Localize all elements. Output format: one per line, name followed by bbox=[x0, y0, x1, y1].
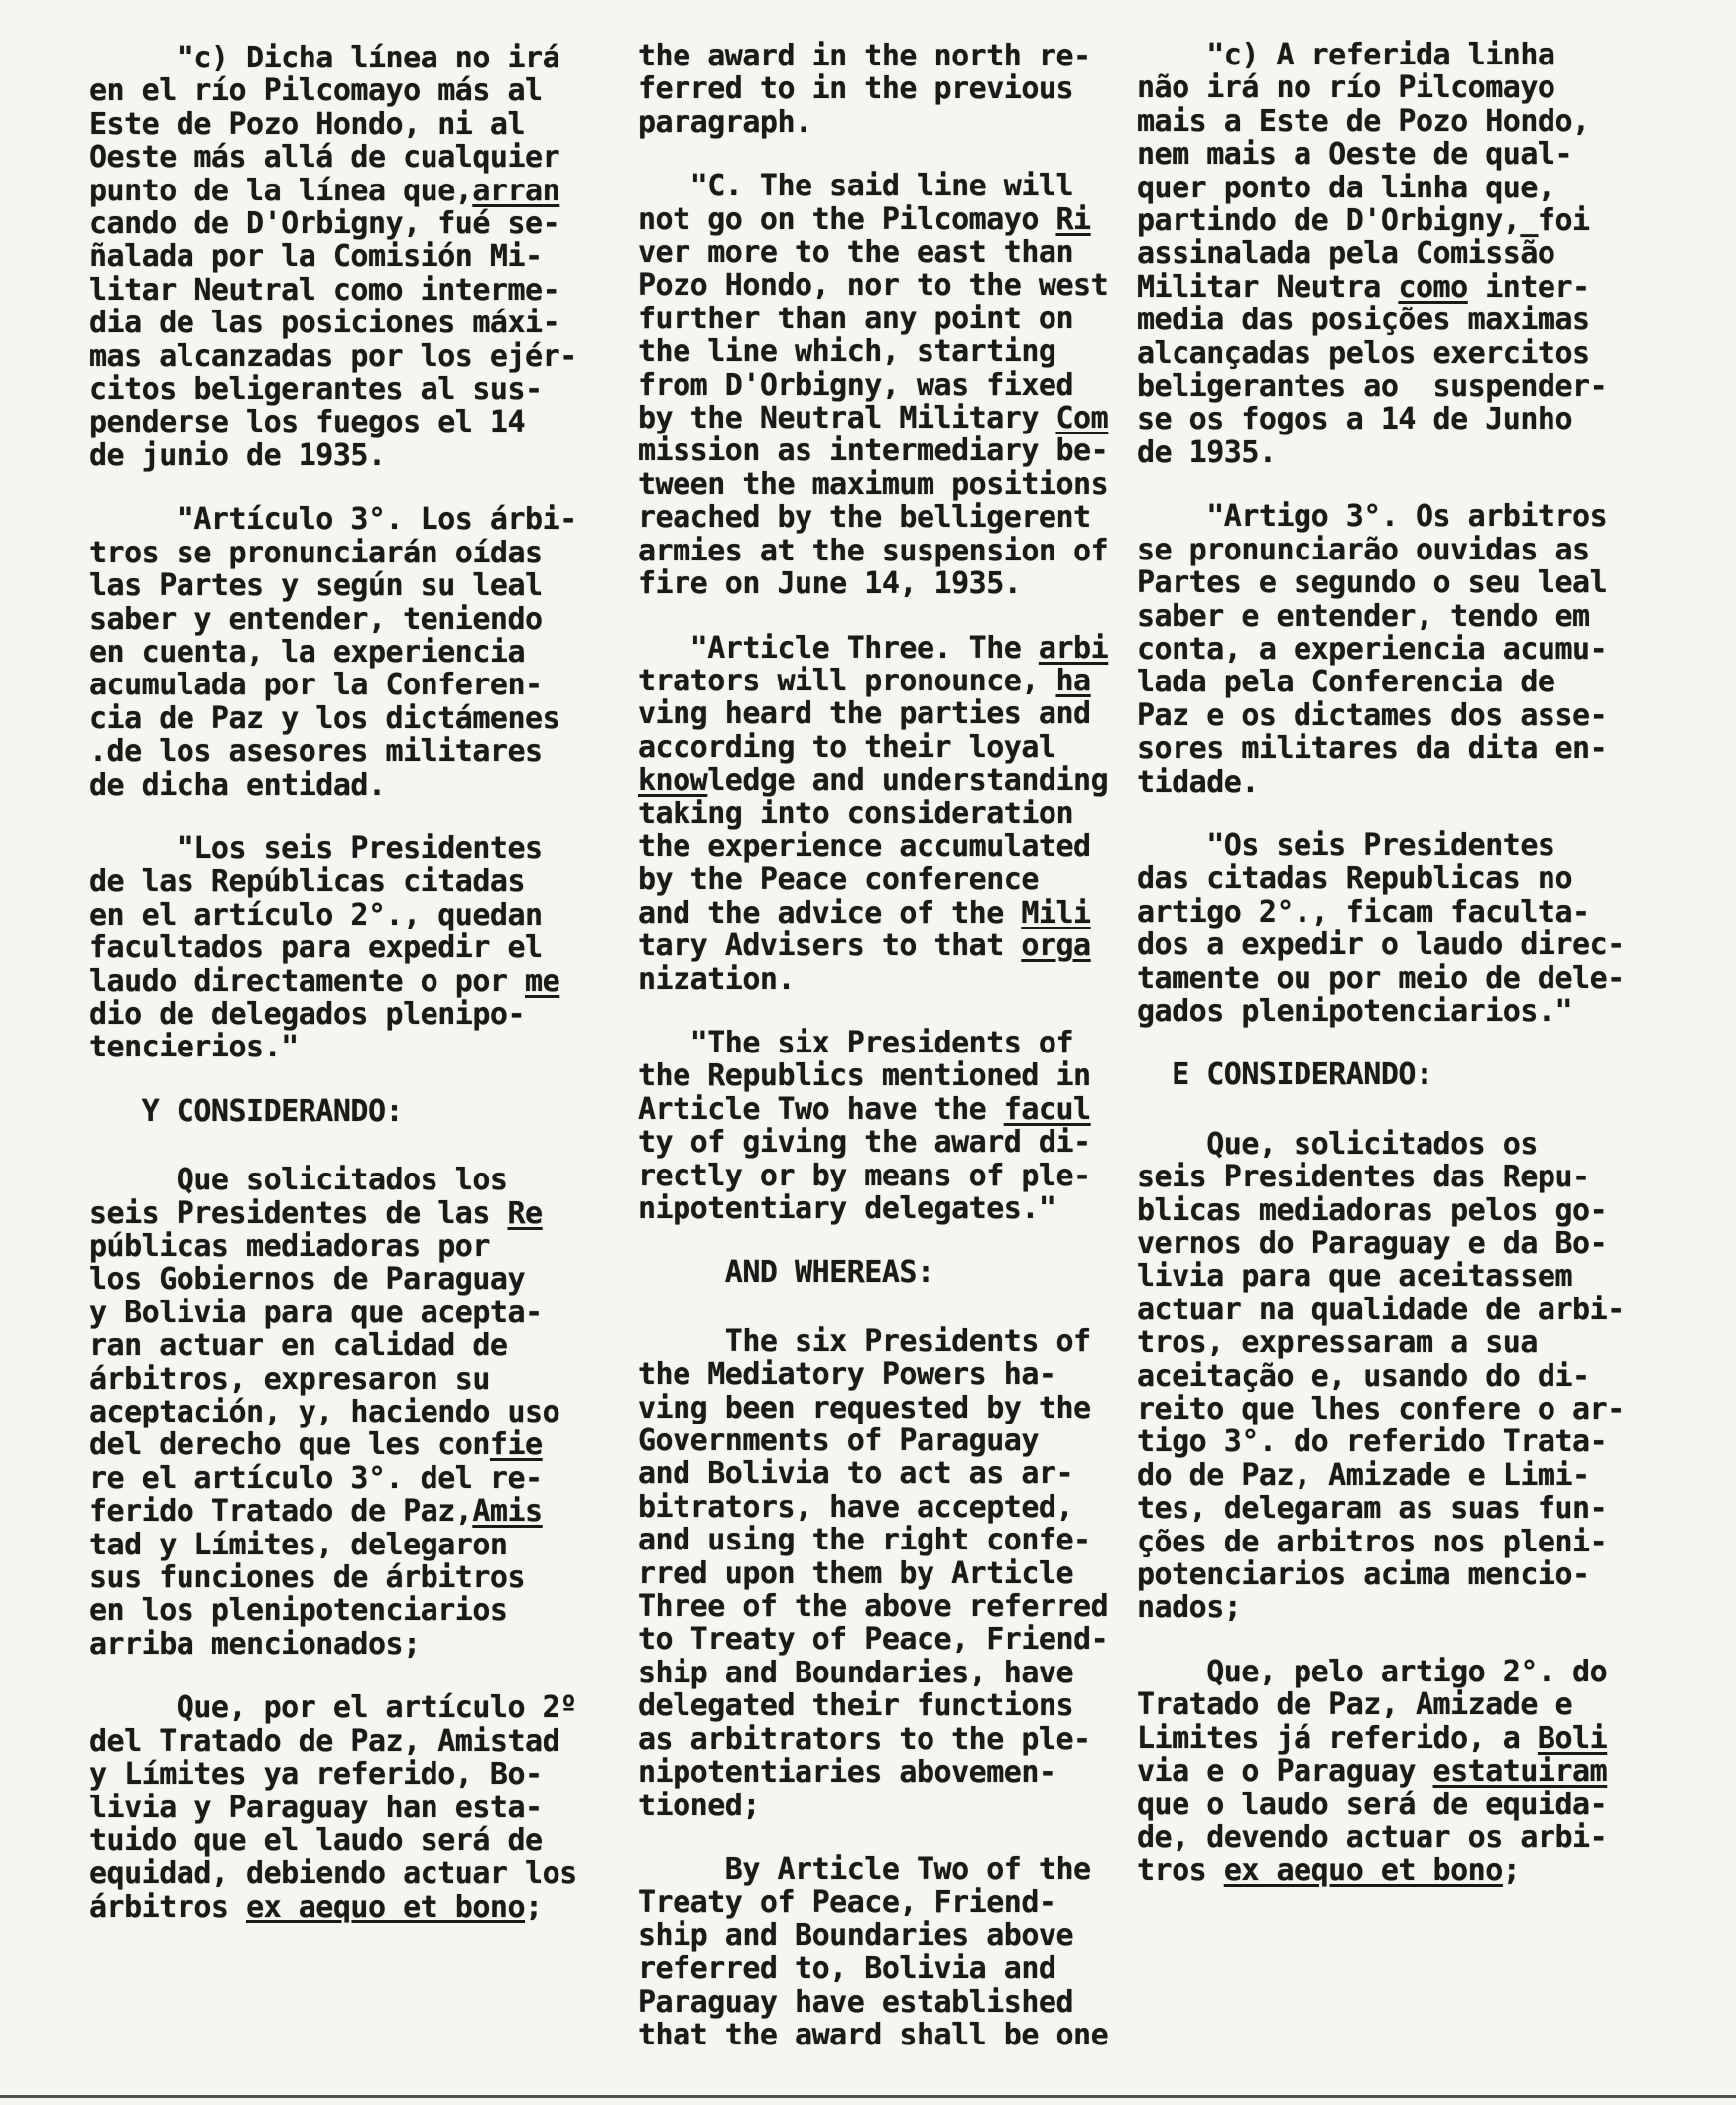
section-heading: AND WHEREAS: bbox=[638, 1256, 1181, 1289]
underlined-text: ha bbox=[1055, 664, 1090, 698]
text-line: litar Neutral como interme- bbox=[89, 274, 633, 307]
text-line: fire on June 14, 1935. bbox=[638, 567, 1181, 600]
page-edge-line bbox=[0, 2095, 1736, 2098]
text-line: vernos do Paraguay e da Bo- bbox=[1137, 1227, 1712, 1260]
text-line: "C. The said line will bbox=[638, 170, 1181, 202]
text-line: tween the maximum positions bbox=[638, 468, 1181, 501]
paragraph: "Artículo 3°. Los árbi-tros se pronuncia… bbox=[89, 503, 633, 802]
text-line: ty of giving the award di- bbox=[638, 1126, 1181, 1159]
text-line: bitrators, have accepted, bbox=[638, 1491, 1181, 1524]
text-line: beligerantes ao suspender- bbox=[1137, 370, 1712, 403]
text-line: equidad, debiendo actuar los bbox=[89, 1857, 633, 1890]
text-line: AND WHEREAS: bbox=[638, 1256, 1181, 1289]
text-line: and the advice of the Mili bbox=[638, 897, 1181, 929]
text-line: laudo directamente o por me bbox=[89, 965, 633, 998]
text-line: seis Presidentes de las Re bbox=[89, 1197, 633, 1230]
text-line: tros, expressaram a sua bbox=[1137, 1326, 1712, 1359]
underlined-text: Mili bbox=[1021, 896, 1090, 930]
text-line: não irá no río Pilcomayo bbox=[1137, 71, 1712, 104]
underlined-text: arbi bbox=[1039, 631, 1108, 666]
text-line: "The six Presidents of bbox=[638, 1027, 1181, 1059]
paragraph: "Artigo 3°. Os arbitrosse pronunciarão o… bbox=[1137, 500, 1712, 799]
text-line: tidade. bbox=[1137, 766, 1712, 799]
text-line: las Partes y según su leal bbox=[89, 569, 633, 602]
text-line: Que, solicitados os bbox=[1137, 1128, 1712, 1161]
underlined-text: Boli bbox=[1538, 1721, 1607, 1756]
text-line: Militar Neutra como inter- bbox=[1137, 271, 1712, 304]
text-line: y Límites ya referido, Bo- bbox=[89, 1758, 633, 1791]
text-line: citos beligerantes al sus- bbox=[89, 373, 633, 406]
text-line: not go on the Pilcomayo Ri bbox=[638, 203, 1181, 236]
text-line: dos a expedir o laudo direc- bbox=[1137, 929, 1712, 961]
text-line: tencierios." bbox=[89, 1031, 633, 1063]
text-line: By Article Two of the bbox=[638, 1853, 1181, 1886]
paragraph: "C. The said line willnot go on the Pilc… bbox=[638, 170, 1181, 600]
underlined-text: como bbox=[1398, 270, 1467, 305]
text-line: taking into consideration bbox=[638, 798, 1181, 830]
text-line: actuar na qualidade de arbi- bbox=[1137, 1294, 1712, 1326]
text-line: los Gobiernos de Paraguay bbox=[89, 1263, 633, 1296]
text-line: Paz e os dictames dos asse- bbox=[1137, 699, 1712, 732]
text-line: dio de delegados plenipo- bbox=[89, 998, 633, 1031]
text-line: nipotentiaries abovemen- bbox=[638, 1756, 1181, 1789]
text-line: via e o Paraguay estatuiram bbox=[1137, 1755, 1712, 1788]
text-line: de dicha entidad. bbox=[89, 769, 633, 802]
text-line: tary Advisers to that orga bbox=[638, 929, 1181, 962]
text-line: .de los asesores militares bbox=[89, 735, 633, 768]
paragraph: Que, pelo artigo 2°. doTratado de Paz, A… bbox=[1137, 1656, 1712, 1888]
text-line: mas alcanzadas por los ejér- bbox=[89, 340, 633, 373]
text-line: E CONSIDERANDO: bbox=[1137, 1058, 1712, 1091]
text-line: se os fogos a 14 de Junho bbox=[1137, 403, 1712, 435]
paragraph: "Los seis Presidentesde las Repúblicas c… bbox=[89, 832, 633, 1064]
underlined-text: orga bbox=[1021, 929, 1090, 963]
text-line: delegated their functions bbox=[638, 1689, 1181, 1722]
text-line: and Bolivia to act as ar- bbox=[638, 1457, 1181, 1490]
paragraph: "The six Presidents ofthe Republics ment… bbox=[638, 1027, 1181, 1225]
text-line: from D'Orbigny, was fixed bbox=[638, 369, 1181, 402]
text-line: sores militares da dita en- bbox=[1137, 732, 1712, 765]
text-line: the Republics mentioned in bbox=[638, 1059, 1181, 1092]
text-line: aceitação e, usando do di- bbox=[1137, 1360, 1712, 1393]
text-line: reito que lhes confere o ar- bbox=[1137, 1393, 1712, 1425]
text-line: Paraguay have established bbox=[638, 1986, 1181, 2019]
text-line: the award in the north re- bbox=[638, 40, 1181, 72]
text-line: to Treaty of Peace, Friend- bbox=[638, 1623, 1181, 1656]
underlined-text: Amis bbox=[472, 1494, 542, 1529]
text-line: ferido Tratado de Paz,Amis bbox=[89, 1495, 633, 1528]
underlined-text: facul bbox=[1004, 1092, 1091, 1127]
text-line: en cuenta, la experiencia bbox=[89, 636, 633, 669]
paragraph: "c) A referida linhanão irá no río Pilco… bbox=[1137, 39, 1712, 469]
text-line: and using the right confe- bbox=[638, 1524, 1181, 1556]
text-line: ship and Boundaries above bbox=[638, 1919, 1181, 1952]
text-line: sus funciones de árbitros bbox=[89, 1561, 633, 1594]
text-line: that the award shall be one bbox=[638, 2019, 1181, 2051]
text-line: conta, a experiencia acumu- bbox=[1137, 633, 1712, 666]
text-line: en los plenipotenciarios bbox=[89, 1594, 633, 1627]
text-line: punto de la línea que,arran bbox=[89, 175, 633, 207]
paragraph: "Article Three. The arbitrators will pro… bbox=[638, 632, 1181, 996]
text-line: paragraph. bbox=[638, 106, 1181, 139]
text-line: Y CONSIDERANDO: bbox=[89, 1095, 633, 1128]
paragraph: Que, por el artículo 2ºdel Tratado de Pa… bbox=[89, 1691, 633, 1923]
text-line: públicas mediadoras por bbox=[89, 1230, 633, 1263]
text-line: ñalada por la Comisión Mi- bbox=[89, 240, 633, 273]
text-line: artigo 2°., ficam faculta- bbox=[1137, 896, 1712, 929]
text-line: tad y Límites, delegaron bbox=[89, 1529, 633, 1561]
text-line: tamente ou por meio de dele- bbox=[1137, 962, 1712, 995]
paragraph: Que solicitados losseis Presidentes de l… bbox=[89, 1164, 633, 1661]
column-portuguese: "c) A referida linhanão irá no río Pilco… bbox=[1137, 0, 1712, 1919]
underlined-text: know bbox=[638, 763, 707, 798]
text-line: acumulada por la Conferen- bbox=[89, 669, 633, 701]
text-line: rred upon them by Article bbox=[638, 1557, 1181, 1590]
text-line: seis Presidentes das Repu- bbox=[1137, 1161, 1712, 1193]
text-line: alcançadas pelos exercitos bbox=[1137, 337, 1712, 370]
text-line: as arbitrators to the ple- bbox=[638, 1723, 1181, 1756]
text-line: "c) A referida linha bbox=[1137, 39, 1712, 71]
text-line: Treaty of Peace, Friend- bbox=[638, 1886, 1181, 1919]
text-line: Article Two have the facul bbox=[638, 1093, 1181, 1126]
text-line: Oeste más allá de cualquier bbox=[89, 141, 633, 174]
text-line: nem mais a Oeste de qual- bbox=[1137, 138, 1712, 171]
text-line: potenciarios acima mencio- bbox=[1137, 1558, 1712, 1591]
text-line: Governments of Paraguay bbox=[638, 1424, 1181, 1457]
text-line: armies at the suspension of bbox=[638, 535, 1181, 567]
text-line: de, devendo actuar os arbi- bbox=[1137, 1821, 1712, 1854]
text-line: tros ex aequo et bono; bbox=[1137, 1854, 1712, 1887]
text-line: nipotentiary delegates." bbox=[638, 1192, 1181, 1225]
text-line: ferred to in the previous bbox=[638, 72, 1181, 105]
text-line: livia y Paraguay han esta- bbox=[89, 1792, 633, 1824]
text-line: Partes e segundo o seu leal bbox=[1137, 566, 1712, 599]
text-line: rectly or by means of ple- bbox=[638, 1160, 1181, 1192]
text-line: tigo 3°. do referido Trata- bbox=[1137, 1425, 1712, 1458]
text-line: Que, pelo artigo 2°. do bbox=[1137, 1656, 1712, 1688]
text-line: ving been requested by the bbox=[638, 1392, 1181, 1424]
text-line: "Artigo 3°. Os arbitros bbox=[1137, 500, 1712, 533]
text-line: assinalada pela Comissão bbox=[1137, 237, 1712, 270]
text-line: das citadas Republicas no bbox=[1137, 862, 1712, 895]
text-line: que o laudo será de equida- bbox=[1137, 1789, 1712, 1821]
text-line: referred to, Bolivia and bbox=[638, 1952, 1181, 1985]
underlined-text: estatuiram bbox=[1433, 1754, 1608, 1789]
text-line: dia de las posiciones máxi- bbox=[89, 307, 633, 339]
text-line: penderse los fuegos el 14 bbox=[89, 406, 633, 438]
text-line: nados; bbox=[1137, 1591, 1712, 1624]
text-line: "Los seis Presidentes bbox=[89, 832, 633, 865]
text-line: quer ponto da linha que, bbox=[1137, 172, 1712, 204]
text-line: reached by the belligerent bbox=[638, 501, 1181, 534]
column-spanish: "c) Dicha línea no iráen el río Pilcomay… bbox=[89, 0, 633, 1954]
text-line: tioned; bbox=[638, 1790, 1181, 1822]
text-line: "Artículo 3°. Los árbi- bbox=[89, 503, 633, 536]
section-heading: E CONSIDERANDO: bbox=[1137, 1058, 1712, 1091]
text-line: the Mediatory Powers ha- bbox=[638, 1358, 1181, 1391]
underlined-text: Re bbox=[507, 1196, 542, 1231]
text-line: Que, por el artículo 2º bbox=[89, 1691, 633, 1724]
column-english: the award in the north re-ferred to in t… bbox=[638, 0, 1181, 2082]
text-line: del Tratado de Paz, Amistad bbox=[89, 1725, 633, 1758]
text-line: The six Presidents of bbox=[638, 1325, 1181, 1358]
text-line: tuido que el laudo será de bbox=[89, 1824, 633, 1857]
text-line: de junio de 1935. bbox=[89, 439, 633, 472]
text-line: de 1935. bbox=[1137, 436, 1712, 469]
text-line: se pronunciarão ouvidas as bbox=[1137, 534, 1712, 566]
text-line: ship and Boundaries, have bbox=[638, 1657, 1181, 1689]
text-line: aceptación, y, haciendo uso bbox=[89, 1396, 633, 1428]
text-line: "Os seis Presidentes bbox=[1137, 829, 1712, 862]
text-line: ran actuar en calidad de bbox=[89, 1329, 633, 1362]
paragraph: By Article Two of theTreaty of Peace, Fr… bbox=[638, 1853, 1181, 2051]
paragraph: the award in the north re-ferred to in t… bbox=[638, 40, 1181, 139]
text-line: knowledge and understanding bbox=[638, 764, 1181, 797]
text-line: mais a Este de Pozo Hondo, bbox=[1137, 105, 1712, 138]
paragraph: "c) Dicha línea no iráen el río Pilcomay… bbox=[89, 42, 633, 472]
underlined-text: ex aequo et bono bbox=[1224, 1853, 1503, 1888]
underlined-text: me bbox=[525, 964, 559, 999]
text-line: árbitros ex aequo et bono; bbox=[89, 1891, 633, 1923]
scanned-document-page: "c) Dicha línea no iráen el río Pilcomay… bbox=[0, 0, 1736, 2105]
underlined-text: arran bbox=[472, 174, 559, 208]
paragraph: The six Presidents ofthe Mediatory Power… bbox=[638, 1325, 1181, 1822]
text-line: ver more to the east than bbox=[638, 236, 1181, 269]
text-line: by the Neutral Military Com bbox=[638, 402, 1181, 434]
text-line: "Article Three. The arbi bbox=[638, 632, 1181, 665]
text-line: mission as intermediary be- bbox=[638, 434, 1181, 467]
text-line: ving heard the parties and bbox=[638, 697, 1181, 730]
text-line: "c) Dicha línea no irá bbox=[89, 42, 633, 74]
text-line: Este de Pozo Hondo, ni al bbox=[89, 108, 633, 141]
text-line: blicas mediadoras pelos go- bbox=[1137, 1194, 1712, 1227]
text-line: en el río Pilcomayo más al bbox=[89, 74, 633, 107]
text-line: trators will pronounce, ha bbox=[638, 665, 1181, 697]
text-line: cando de D'Orbigny, fué se- bbox=[89, 207, 633, 240]
text-line: arriba mencionados; bbox=[89, 1628, 633, 1661]
text-line: do de Paz, Amizade e Limi- bbox=[1137, 1459, 1712, 1492]
underlined-text: fie bbox=[490, 1427, 543, 1462]
text-line: partindo de D'Orbigny,_foi bbox=[1137, 204, 1712, 237]
text-line: facultados para expedir el bbox=[89, 931, 633, 964]
text-line: ções de arbitros nos pleni- bbox=[1137, 1526, 1712, 1558]
text-line: árbitros, expresaron su bbox=[89, 1363, 633, 1396]
text-line: by the Peace conference bbox=[638, 863, 1181, 896]
text-line: tros se pronunciarán oídas bbox=[89, 537, 633, 569]
paragraph: Que, solicitados osseis Presidentes das … bbox=[1137, 1128, 1712, 1625]
text-line: tes, delegaram as suas fun- bbox=[1137, 1492, 1712, 1525]
underlined-text: Com bbox=[1055, 401, 1108, 435]
text-line: media das posições maximas bbox=[1137, 304, 1712, 336]
text-line: the line which, starting bbox=[638, 335, 1181, 368]
text-line: Three of the above referred bbox=[638, 1590, 1181, 1623]
section-heading: Y CONSIDERANDO: bbox=[89, 1095, 633, 1128]
text-line: lada pela Conferencia de bbox=[1137, 666, 1712, 698]
text-line: Limites já referido, a Boli bbox=[1137, 1722, 1712, 1755]
text-line: the experience accumulated bbox=[638, 830, 1181, 863]
text-line: en el artículo 2°., quedan bbox=[89, 899, 633, 931]
text-line: further than any point on bbox=[638, 303, 1181, 335]
text-line: cia de Paz y los dictámenes bbox=[89, 702, 633, 735]
text-line: y Bolivia para que acepta- bbox=[89, 1297, 633, 1329]
paragraph: "Os seis Presidentesdas citadas Republic… bbox=[1137, 829, 1712, 1028]
text-line: de las Repúblicas citadas bbox=[89, 865, 633, 898]
text-line: according to their loyal bbox=[638, 731, 1181, 764]
text-line: livia para que aceitassem bbox=[1137, 1260, 1712, 1293]
text-line: del derecho que les confie bbox=[89, 1428, 633, 1461]
text-line: Tratado de Paz, Amizade e bbox=[1137, 1688, 1712, 1721]
underlined-text: Ri bbox=[1055, 202, 1090, 237]
text-line: saber y entender, teniendo bbox=[89, 603, 633, 636]
text-line: gados plenipotenciarios." bbox=[1137, 995, 1712, 1028]
text-line: Pozo Hondo, nor to the west bbox=[638, 269, 1181, 302]
text-line: saber e entender, tendo em bbox=[1137, 600, 1712, 633]
text-line: nization. bbox=[638, 963, 1181, 996]
text-line: Que solicitados los bbox=[89, 1164, 633, 1196]
text-line: re el artículo 3°. del re- bbox=[89, 1462, 633, 1495]
underlined-text: ex aequo et bono bbox=[246, 1890, 525, 1924]
